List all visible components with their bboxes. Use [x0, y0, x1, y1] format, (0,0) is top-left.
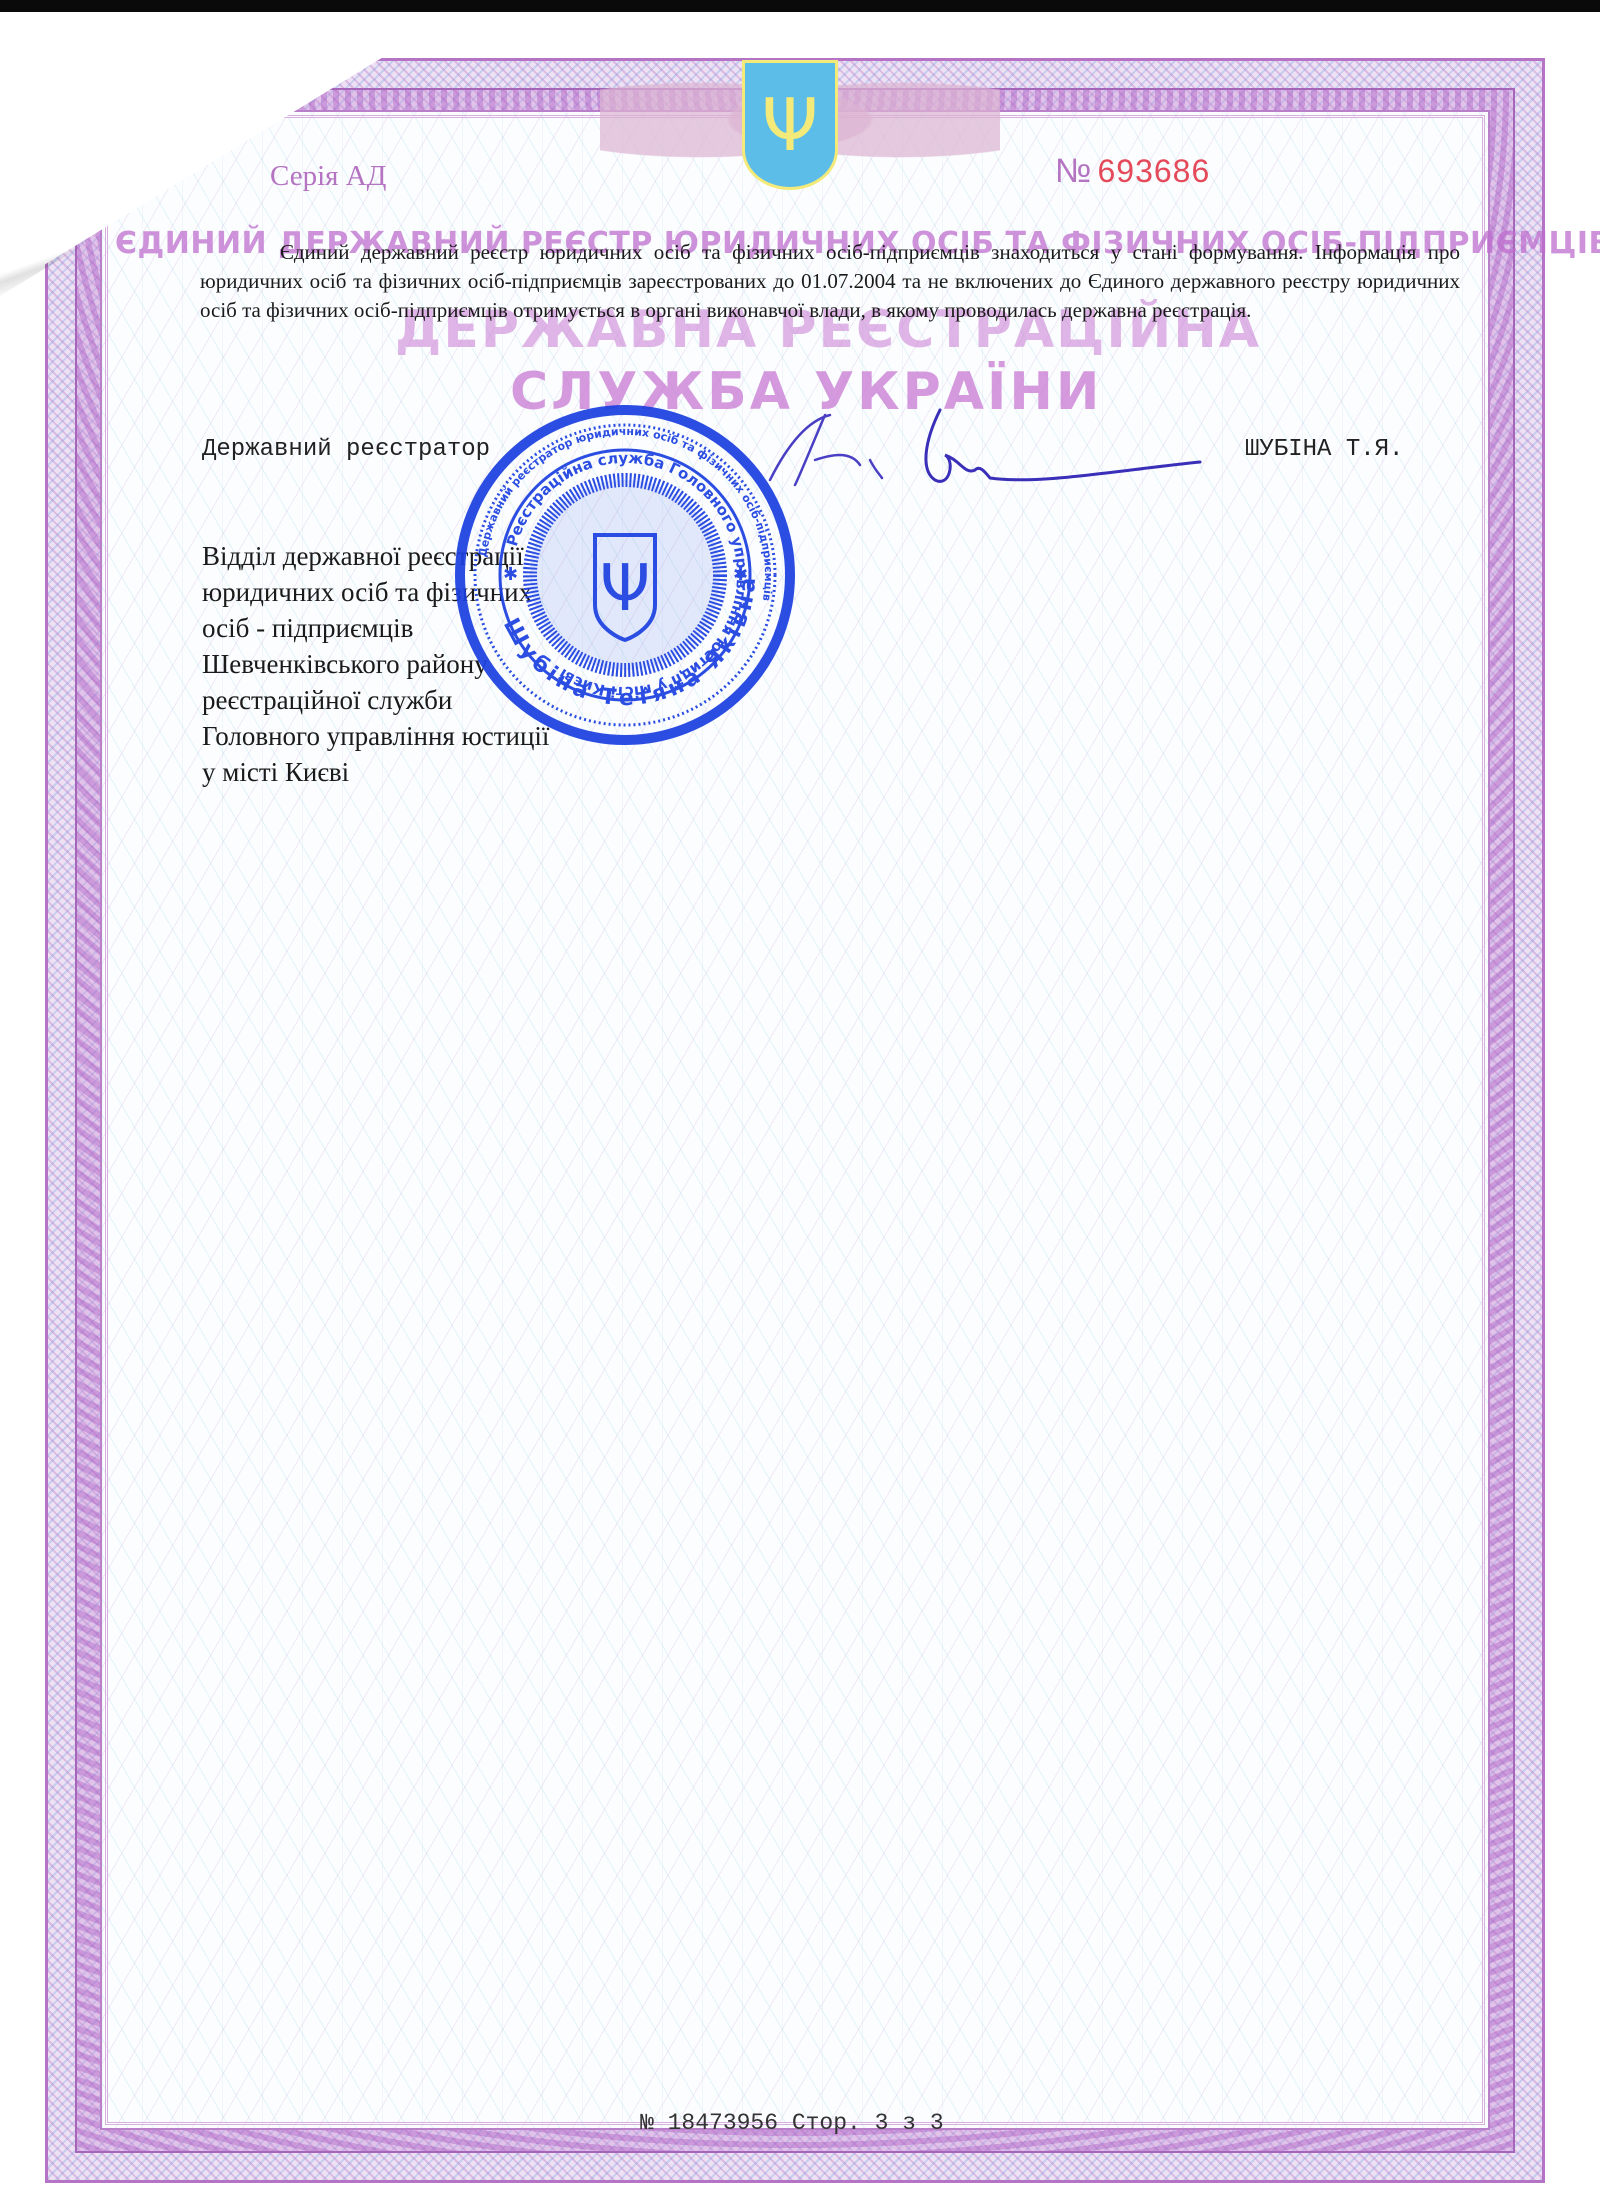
- shield-icon: Ψ: [742, 60, 838, 190]
- svg-text:✱: ✱: [503, 564, 518, 585]
- number-sign: №: [1055, 152, 1091, 191]
- registrar-label: Державний реєстратор: [202, 436, 490, 463]
- document-number: № 693686: [1055, 152, 1210, 191]
- svg-text:Ψ: Ψ: [600, 552, 650, 626]
- registry-notice-text: Єдиний державний реєстр юридичних осіб т…: [200, 238, 1460, 325]
- coat-of-arms: Ψ: [600, 50, 1000, 200]
- number-value: 693686: [1097, 153, 1210, 190]
- official-stamp: Державний реєстратор юридичних осіб та ф…: [455, 405, 795, 745]
- svg-text:✱: ✱: [733, 564, 748, 585]
- signature-icon: [740, 400, 1260, 510]
- scan-top-edge: [0, 0, 1600, 12]
- registrar-name: ШУБІНА Т.Я.: [1245, 436, 1403, 463]
- trident-icon: Ψ: [762, 89, 819, 161]
- series-label: Серія АД: [270, 160, 386, 193]
- page-footer: № 18473956 Стор. 3 з 3: [640, 2110, 944, 2136]
- department-line: у місті Києві: [202, 754, 549, 790]
